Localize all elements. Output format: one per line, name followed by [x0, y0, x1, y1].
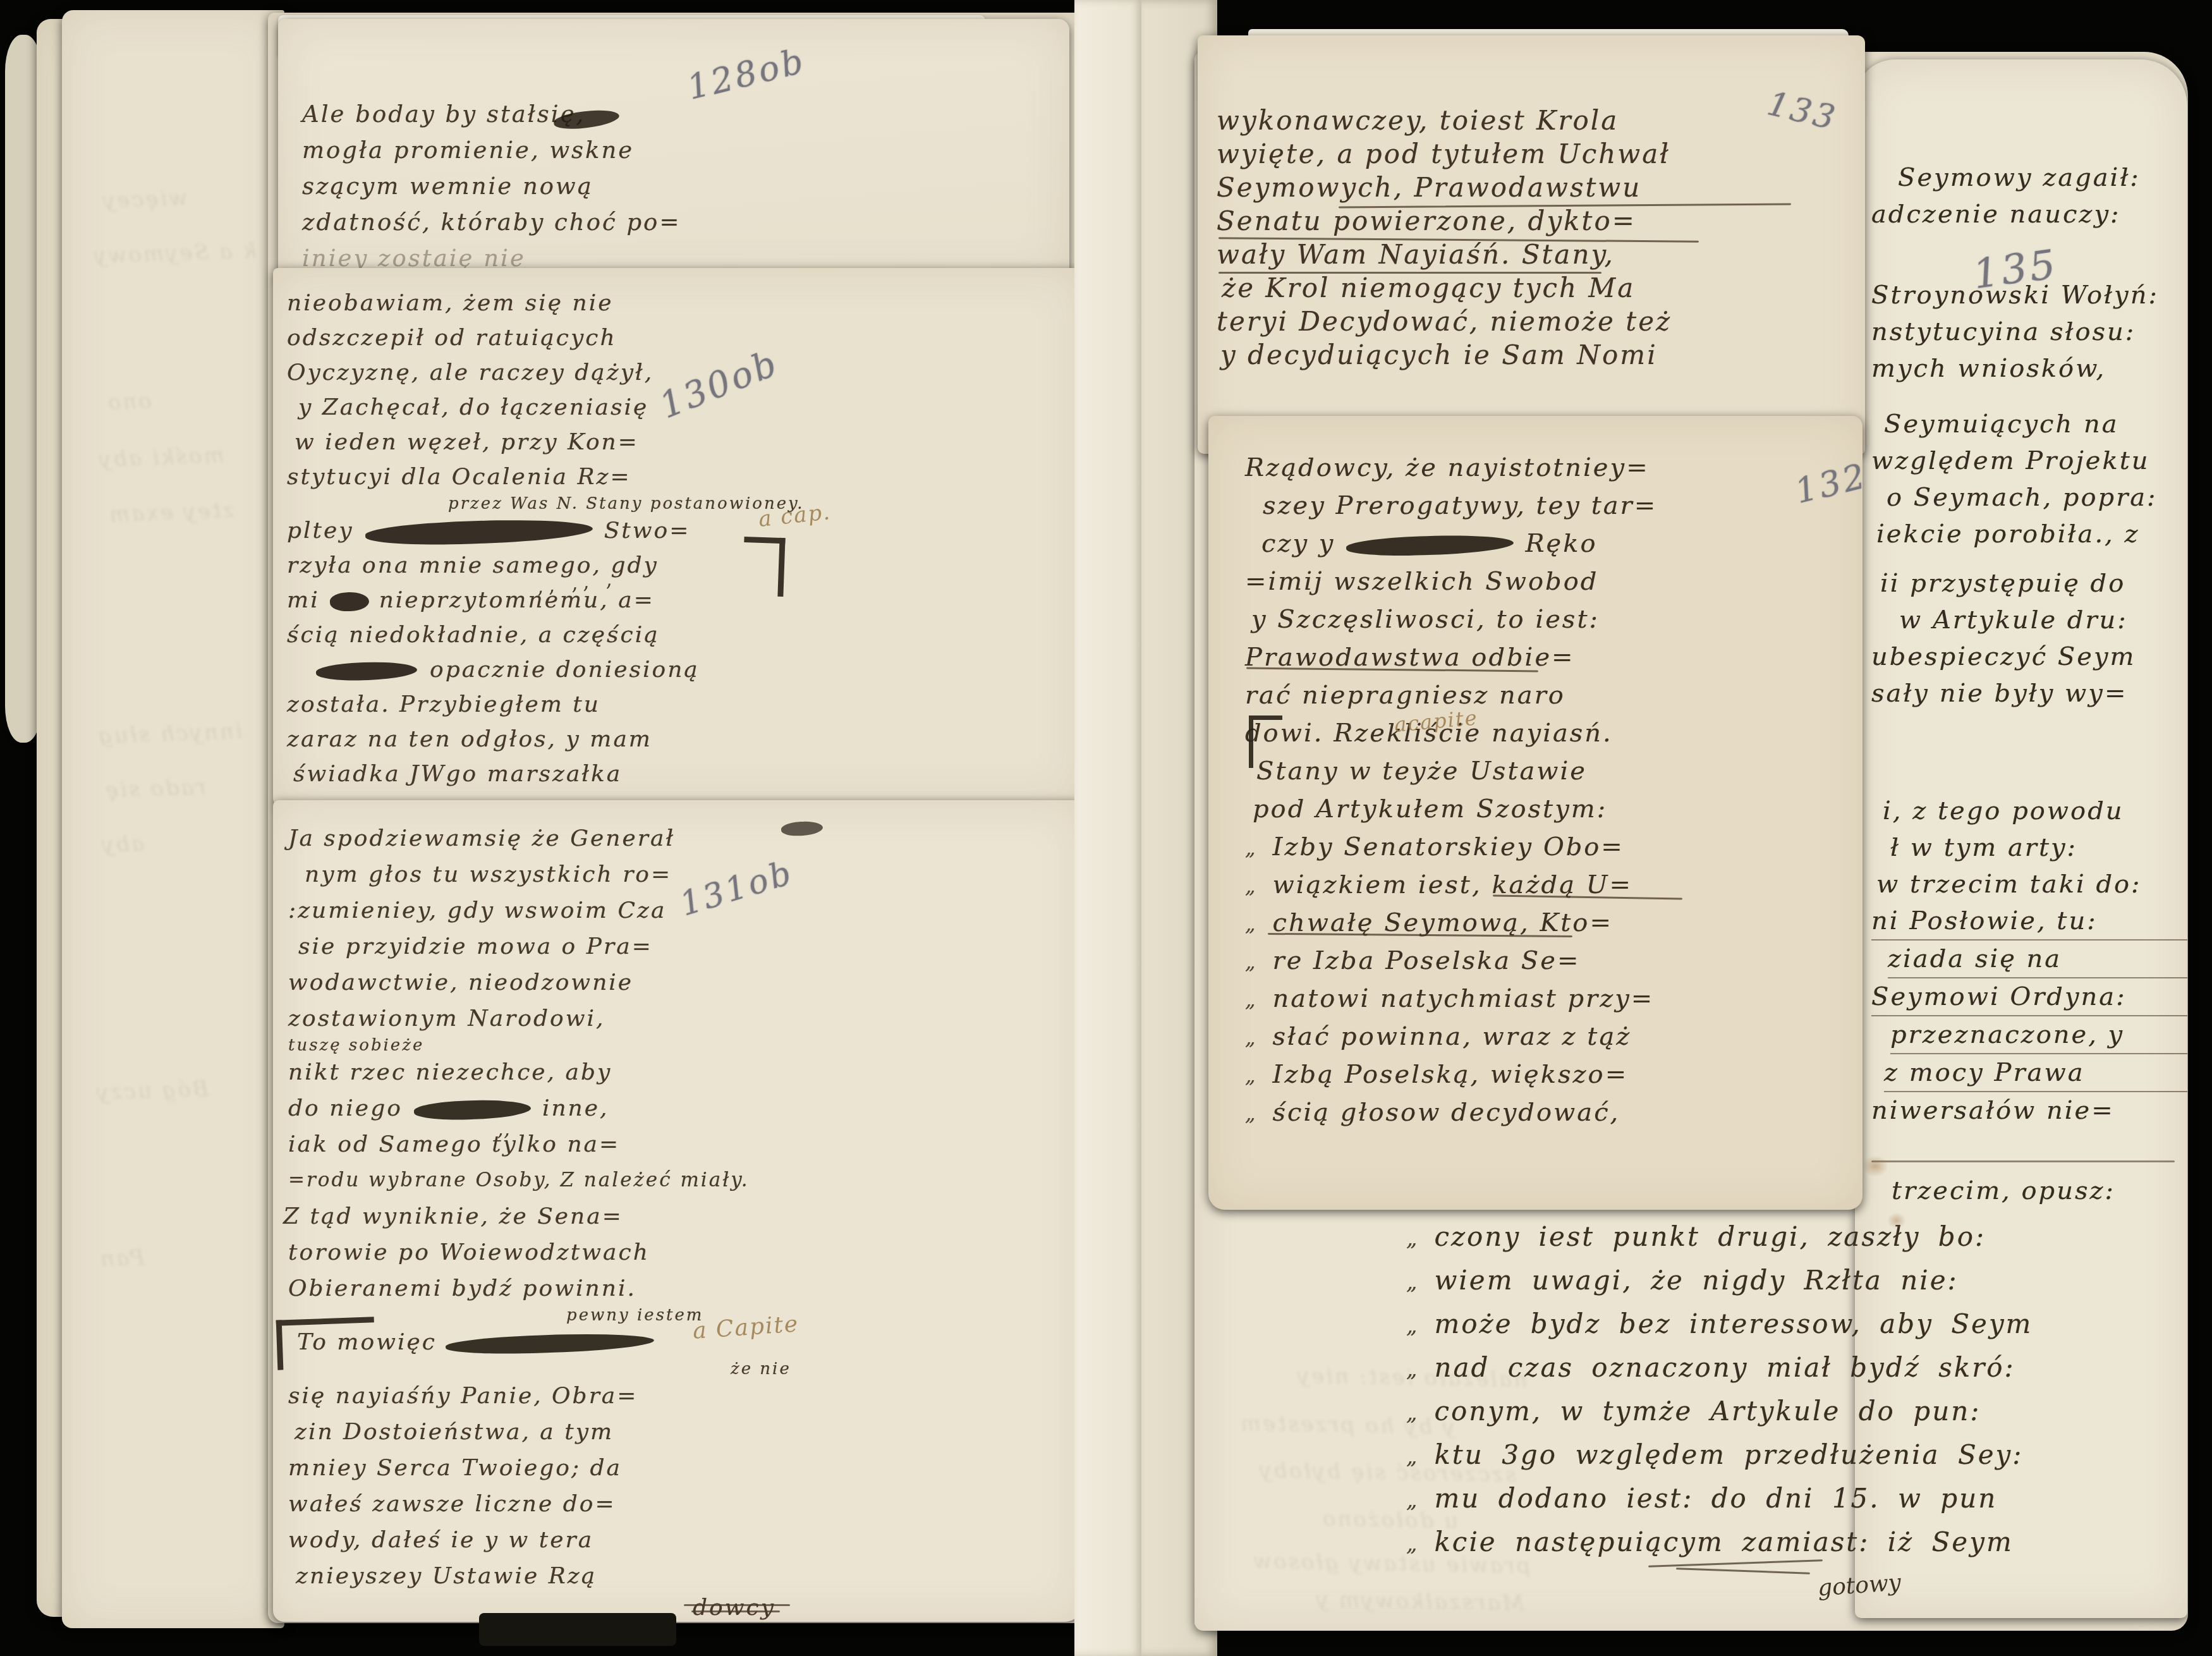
interlinear-insertion: pewny iestem [566, 1306, 1083, 1324]
text-line-underlined: ni Posłowie, tu: [1871, 903, 2187, 941]
text-line: zdatność, któraby choć po= [302, 204, 1069, 240]
text-line: Rządowcy, że nayistotniey= [1245, 449, 1863, 487]
text-line: =imij wszelkich Swobod [1245, 563, 1863, 600]
line-gap [1871, 387, 1878, 406]
text-line: Seymuiących na [1884, 406, 2187, 442]
ghost-text-line: ztey exam [107, 498, 234, 528]
text-line: pod Artykułem Szostym: [1253, 790, 1863, 828]
text-line: iak od Samego tylko na= [288, 1126, 1083, 1162]
quoted-text-line: „natowi natychmiast przy= [1245, 980, 1863, 1018]
paper-stain [1887, 1212, 1906, 1229]
quoted-text-line: „ktu 3go względem przedłużenia Sey: [1406, 1433, 2190, 1476]
catchword-underline [691, 1610, 780, 1612]
quoted-text-line: „wiązkiem iest, każdą U= [1245, 866, 1863, 904]
text-line: mych wniosków, [1871, 350, 2187, 387]
line-gap [1871, 712, 1878, 793]
ghost-text-line: ono [106, 389, 152, 415]
text-line: ścią niedokładnie, a częścią [287, 618, 1082, 652]
text-line: wody, dałeś ie y w tera [288, 1522, 1083, 1558]
line-gap [1871, 233, 1878, 277]
text-line: Ja spodziewamsię że Generał [288, 820, 1083, 856]
text-line: Seymowy zagaił: [1898, 159, 2187, 196]
text-line: torowie po Woiewodztwach [288, 1234, 1083, 1270]
ink-blot [365, 517, 593, 548]
text-line: niwersałów nie= [1871, 1092, 2187, 1129]
text-line: nikt rzec niezechce, aby [288, 1054, 1083, 1090]
text-line: ł w tym arty: [1890, 829, 2187, 866]
quoted-text-line: „ścią głosow decydować, [1245, 1093, 1863, 1131]
text-line: teryi Decydować, niemoże też [1217, 305, 1865, 338]
quoted-text-line: „mu dodano iest: do dni 15. w pun [1406, 1476, 2190, 1520]
catchword-underline [684, 1604, 790, 1606]
text-line: trzecim, opusz: [1892, 1172, 2187, 1209]
text-line: w Artykule dru: [1899, 602, 2187, 638]
text-line: iekcie porobiła., z [1876, 516, 2187, 552]
quoted-text-line: „Izby Senatorskiey Obo= [1245, 828, 1863, 866]
quoted-text-line: „conym, w tymże Artykule do pun: [1406, 1389, 2190, 1433]
text-line: względem Projektu [1871, 442, 2187, 479]
text-line: o Seymach, popra: [1887, 479, 2187, 516]
quoted-text-line: „czony iest punkt drugi, zaszły bo: [1406, 1215, 2190, 1258]
text-line: adczenie nauczy: [1871, 196, 2187, 233]
quoted-text-line: „może bydz bez interessow, aby Seym [1406, 1302, 2190, 1346]
text-line: Seymowych, Prawodawstwu [1217, 171, 1865, 204]
text-line: Ale boday by stałsię, [302, 96, 1069, 132]
ghost-text-line: rado się [103, 774, 206, 803]
text-line-underlined: przeznaczone, y [1890, 1016, 2187, 1054]
text-line: wałeś zawsze liczne do= [288, 1486, 1083, 1522]
manuscript-sheet-130ob: nieobawiam, żem się nie odszczepił od ra… [273, 268, 1082, 805]
text-line: się nayiaśńy Panie, Obra= [288, 1378, 1083, 1414]
quoted-text-line: „re Izba Poselska Se= [1245, 942, 1863, 980]
text-line-underlined: Seymowi Ordyna: [1871, 978, 2187, 1016]
text-line: została. Przybiegłem tu [287, 687, 1082, 722]
text-line-struck: minieprzytomnemu, a= [287, 583, 1082, 618]
text-line: wały Wam Nayiaśń. Stany, [1217, 238, 1865, 271]
line-gap [1871, 552, 1878, 565]
text-line: mniey Serca Twoiego; da [288, 1450, 1083, 1486]
text-line: ii przystępuię do [1880, 565, 2187, 602]
catchword: dowcy [693, 1594, 1083, 1622]
text-line: znieyszey Ustawie Rzą [296, 1558, 1083, 1594]
ghost-text-line: k a Seymowy [92, 238, 256, 269]
underline-stroke [1218, 272, 1601, 274]
left-underpage: więcey k a Seymowy ono mośki aby ztey ex… [62, 10, 284, 1628]
ink-blot [413, 1099, 531, 1121]
quoted-text-line: „kcie następuiącym zamiast: iż Seym [1406, 1520, 2190, 1564]
text-line: mogła promienie, wskne [302, 132, 1069, 168]
text-line-struck: plteyStwo= [287, 513, 1082, 548]
text-line: =rodu wybrane Osoby, Z należeć miały. [288, 1162, 1083, 1198]
text-line: y Szczęsliwosci, to iest: [1251, 600, 1863, 638]
text-line: zin Dostoieństwa, a tym [295, 1414, 1083, 1450]
insertion-bracket [742, 537, 785, 597]
text-line: w ieden węzeł, przy Kon= [295, 425, 1082, 460]
text-line-struck: czy yRęko [1261, 525, 1863, 563]
manuscript-book-scan: więcey k a Seymowy ono mośki aby ztey ex… [0, 0, 2212, 1656]
ditto-marks: ’’ [497, 1129, 509, 1153]
quoted-text-line: „Izbą Poselską, większo= [1245, 1056, 1863, 1093]
ghost-text-line: innych sług [96, 719, 243, 749]
text-line: Prawodawstwa odbie= [1245, 638, 1863, 676]
manuscript-sheet-133: wykonawczey, toiest Krola wyięte, a pod … [1198, 35, 1865, 454]
ghost-text-line: Pan [98, 1245, 145, 1272]
interlinear-insertion: że nie [731, 1360, 1083, 1378]
text-line: stytucyi dla Ocalenia Rz= [287, 460, 1082, 494]
text-line-underlined: ziada się na [1888, 941, 2187, 978]
ink-blot [329, 592, 369, 612]
text-line: wodawctwie, nieodzownie [288, 965, 1083, 1001]
quoted-text-line: „nad czas oznaczony miał bydź skró: [1406, 1346, 2190, 1389]
ghost-text-line: mośki aby [97, 443, 224, 473]
paper-fragment-shadow [479, 1613, 676, 1646]
text-line: w trzecim taki do: [1876, 866, 2187, 903]
ink-blot [316, 661, 418, 682]
ink-blot [446, 1331, 655, 1356]
text-line-underlined: z mocy Prawa [1884, 1054, 2187, 1092]
text-line: że Krol niemogący tych Ma [1222, 271, 1865, 305]
text-line: nstytucyina słosu: [1871, 314, 2187, 350]
ink-blot [1346, 533, 1514, 557]
text-line: sały nie były wy= [1871, 675, 2187, 712]
text-line: wyięte, a pod tytułem Uchwał [1217, 137, 1865, 171]
ruled-line [1871, 1160, 2175, 1162]
ghost-text-line: Marszałkowym y [1315, 1587, 1524, 1616]
ghost-text-line: aby [99, 831, 145, 858]
text-line: szącym wemnie nową [302, 168, 1069, 204]
text-line: rać niepragniesz naro [1245, 676, 1863, 714]
manuscript-sheet-131ob: Ja spodziewamsię że Generał nym głos tu … [273, 800, 1083, 1622]
manuscript-sheet-128ob: Ale boday by stałsię, mogła promienie, w… [278, 19, 1069, 282]
manuscript-sheet-132: Rządowcy, że nayistotniey= szey Prerogat… [1208, 416, 1863, 1210]
gutter-guard-strip [1074, 0, 1141, 1656]
paper-stain [1862, 1155, 1888, 1177]
text-line: Senatu powierzone, dykto= [1217, 204, 1865, 238]
text-line: szey Prerogatywy, tey tar= [1263, 487, 1863, 525]
text-line: nieobawiam, żem się nie [287, 286, 1082, 320]
text-line: odszczepił od ratuiących [287, 320, 1082, 355]
quoted-text-line: „wiem uwagi, że nigdy Rzłta nie: [1406, 1258, 2190, 1302]
text-line: i, z tego powodu [1883, 793, 2187, 829]
text-line: y decyduiących ie Sam Nomi [1220, 338, 1865, 372]
insertion-bracket [276, 1317, 376, 1370]
text-line: zostawionym Narodowi, [288, 1001, 1083, 1037]
text-line: ubespieczyć Seym [1871, 638, 2187, 675]
text-line-struck: To mowięc [297, 1324, 1083, 1360]
text-line-struck: do niegoinne, [288, 1090, 1083, 1126]
bottom-text-block: „czony iest punkt drugi, zaszły bo: „wie… [1406, 1215, 2190, 1564]
text-line: Obieranemi bydź powinni. [288, 1270, 1083, 1306]
text-line: rzyła ona mnie samego, gdy [287, 548, 1082, 583]
text-line: Z tąd wyniknie, że Sena= [283, 1198, 1083, 1234]
interlinear-insertion: tuszę sobieże [288, 1037, 1083, 1054]
text-line: Stany w teyże Ustawie [1256, 752, 1863, 790]
insertion-bracket [1249, 715, 1282, 768]
text-line: świadka JWgo marszałka [293, 757, 1082, 791]
quoted-text-line: „słać powinna, wraz z tąż [1245, 1018, 1863, 1056]
text-line-struck: opacznie doniesioną [287, 652, 1082, 687]
text-line: zaraz na ten odgłos, y mam [287, 722, 1082, 757]
ghost-text-line: Bóg uczy [94, 1076, 209, 1105]
text-line: sie przyidzie mowa o Pra= [298, 928, 1083, 965]
text-line: dowi. Rzekliście nayiasń. [1245, 714, 1863, 752]
ghost-text-line: więcey [100, 186, 188, 214]
